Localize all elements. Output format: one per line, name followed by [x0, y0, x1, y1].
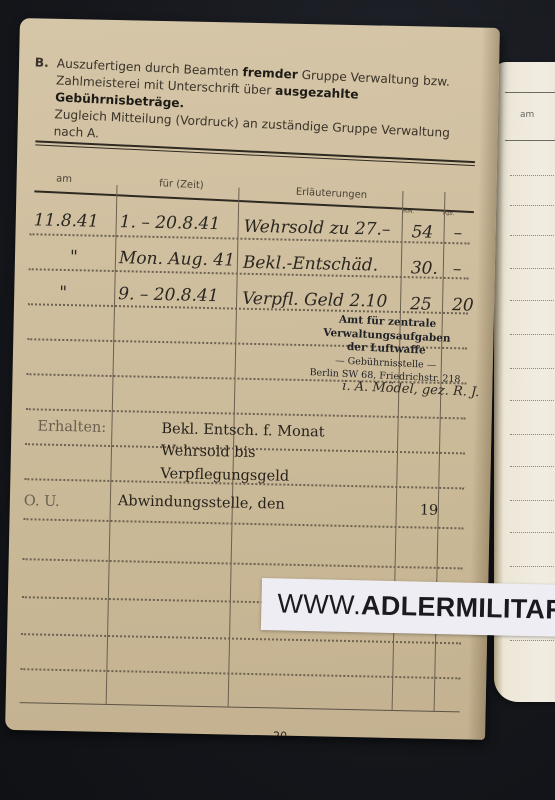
cell-rm: 30.: [411, 258, 438, 279]
facing-page-header-am: am: [520, 110, 534, 120]
row-dotted-line: [21, 633, 461, 644]
column-header-am: am: [56, 173, 72, 185]
facing-page-rule: [505, 92, 555, 93]
row-dotted-line: [20, 668, 460, 679]
watermark-prefix: WWW.: [277, 588, 361, 620]
cell-rm: 54: [411, 222, 433, 242]
facing-page-dotted-line: [510, 368, 555, 369]
row-dotted-line: [23, 558, 463, 569]
facing-page-dotted-line: [510, 235, 555, 236]
page-number: 20: [273, 729, 287, 739]
row-dotted-line: [26, 408, 466, 419]
cell-rm: 25: [410, 294, 432, 314]
facing-page-dotted-line: [510, 268, 555, 269]
watermark-banner: WWW.ADLERMILITAR: [261, 578, 555, 637]
section-label: B.: [34, 54, 49, 72]
form-line-place-date: Abwindungsstelle, den: [118, 493, 285, 512]
facing-page-dotted-line: [510, 334, 555, 335]
facing-page-dotted-line: [510, 566, 555, 567]
facing-page-dotted-line: [510, 175, 555, 176]
form-year: 19: [420, 502, 439, 518]
cell-fuer-zeit: 1. – 20.8.41: [120, 212, 221, 234]
office-stamp: Amt für zentrale Verwaltungsaufgaben der…: [289, 311, 483, 399]
column-header-erlaeuterungen: Erläuterungen: [296, 187, 368, 201]
cell-fuer-zeit: 9. – 20.8.41: [118, 284, 219, 306]
cell-rpf: –: [453, 259, 462, 279]
facing-page-dotted-line: [510, 434, 555, 435]
table-row: 11.8.41 1. – 20.8.41 Wehrsold zu 27.– 54…: [20, 18, 500, 28]
facing-page-rule: [505, 140, 555, 141]
facing-page-dotted-line: [510, 500, 555, 501]
cell-erlaeuterungen: Wehrsold zu 27.–: [243, 217, 390, 240]
facing-page-dotted-line: [510, 205, 555, 206]
cell-erlaeuterungen: Verpfl. Geld 2.10: [242, 289, 388, 312]
facing-page-dotted-line: [510, 466, 555, 467]
facing-page-dotted-line: [510, 400, 555, 401]
cell-erlaeuterungen: Bekl.-Entschäd.: [243, 253, 379, 276]
form-line-wehrsold: Wehrsold bis: [161, 443, 256, 461]
table-bottom-rule: [20, 702, 460, 712]
instructions-bold-text: fremder: [242, 65, 298, 82]
table-row: " Mon. Aug. 41 Bekl.-Entschäd. 30. –: [20, 18, 500, 28]
place-prefix: O. U.: [24, 493, 60, 510]
table-header: am für (Zeit) Erläuterungen RM. Rpf.: [33, 160, 479, 219]
facing-page-dotted-line: [510, 532, 555, 533]
table-row: " 9. – 20.8.41 Verpfl. Geld 2.10 25 20: [20, 18, 500, 28]
form-line-clothing-allowance: Bekl. Entsch. f. Monat: [161, 421, 325, 440]
facing-page-dotted-line: [510, 300, 555, 301]
watermark-text: WWW.ADLERMILITAR: [277, 588, 555, 626]
cell-fuer-zeit: Mon. Aug. 41: [119, 248, 235, 270]
facing-page-dotted-line: [510, 640, 555, 641]
cell-am: 11.8.41: [34, 210, 99, 231]
row-dotted-line: [23, 518, 463, 529]
cell-am: ": [70, 247, 78, 267]
cell-rpf: 20: [452, 295, 474, 315]
cell-am: ": [59, 283, 67, 303]
column-header-fuer-zeit: für (Zeit): [159, 178, 204, 191]
form-line-verpflegungsgeld: Verpflegungsgeld: [160, 466, 289, 485]
cell-rpf: –: [453, 223, 462, 243]
watermark-name: ADLERMILITAR: [361, 590, 555, 625]
received-prefix: Erhalten:: [37, 418, 106, 435]
